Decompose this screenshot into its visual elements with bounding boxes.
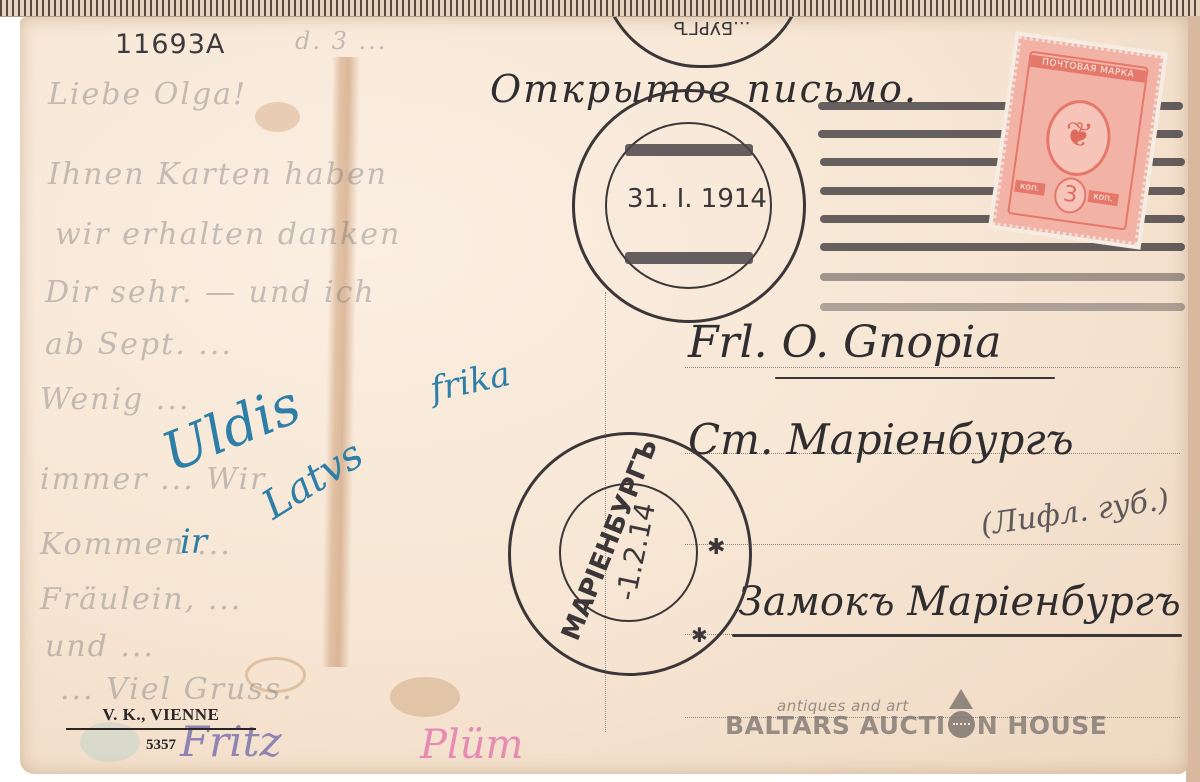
address-line: Замокъ Маріенбургъ (738, 579, 1181, 625)
message-line: und ... (45, 629, 155, 664)
cancellation-line (820, 273, 1185, 281)
message-line: Ihnen Karten haben (48, 157, 388, 192)
eagle-icon: ❦ (1047, 111, 1110, 159)
blue-annotation: frika (427, 354, 514, 410)
address-recipient: Frl. O. Gnopia (688, 317, 1002, 368)
reference-number: 11693A (115, 29, 225, 60)
auction-watermark: antiques and art BALTARS AUCTIN HOUSE (725, 697, 1125, 740)
message-line: wir erhalten danken (55, 217, 401, 252)
crown-logo-icon (948, 711, 975, 738)
publisher-number: 5357 (66, 737, 256, 754)
publisher-imprint: V. K., VIENNE 5357 (66, 705, 256, 754)
postmark-departure: 31. I. 1914 (572, 89, 806, 323)
postmark-date: 31. I. 1914 (627, 184, 767, 214)
star-icon: ✱ (707, 535, 725, 560)
star-icon: ✱ (691, 623, 708, 647)
message-line: Fräulein, ... (40, 582, 242, 617)
postmark-arrival: МАРІЕНБУРГЪ -1.2.14 ✱ ✱ (508, 432, 752, 676)
message-line: immer ... Wir (40, 462, 267, 497)
address-line: Ст. Маріенбургъ (688, 415, 1074, 464)
message-line: Dir sehr. — und ich (45, 275, 376, 310)
publisher-name: V. K., VIENNE (66, 705, 256, 725)
water-stain (322, 57, 361, 667)
postage-stamp: ПОЧТОВАЯ МАРКА ❦ коп. 3 коп. (992, 36, 1163, 245)
message-line: ... Viel Gruss. (60, 672, 294, 707)
blue-annotation: ir (180, 522, 207, 562)
watermark-brand-part1: BALTARS AUCTI (725, 711, 946, 740)
postcard: 11693A d. 3 ... Liebe Olga! Ihnen Karten… (20, 17, 1188, 774)
watermark-brand-part2: N HOUSE (977, 711, 1108, 740)
address-rule (685, 544, 1180, 545)
measurement-ruler (0, 0, 1200, 17)
address-line: (Лифл. губ.) (978, 482, 1171, 543)
message-line: Liebe Olga! (48, 77, 247, 112)
backing-strip (1186, 16, 1200, 782)
signature-pink: Plüm (420, 722, 523, 768)
message-line: d. 3 ... (295, 27, 387, 55)
cancellation-line (820, 303, 1185, 311)
stain-spot (255, 102, 300, 132)
postmark-top-partial: ...БУРГЪ (600, 17, 806, 68)
message-line: ab Sept. ... (45, 327, 233, 362)
message-line: Wenig ... (40, 382, 190, 417)
stain-spot (390, 677, 460, 717)
